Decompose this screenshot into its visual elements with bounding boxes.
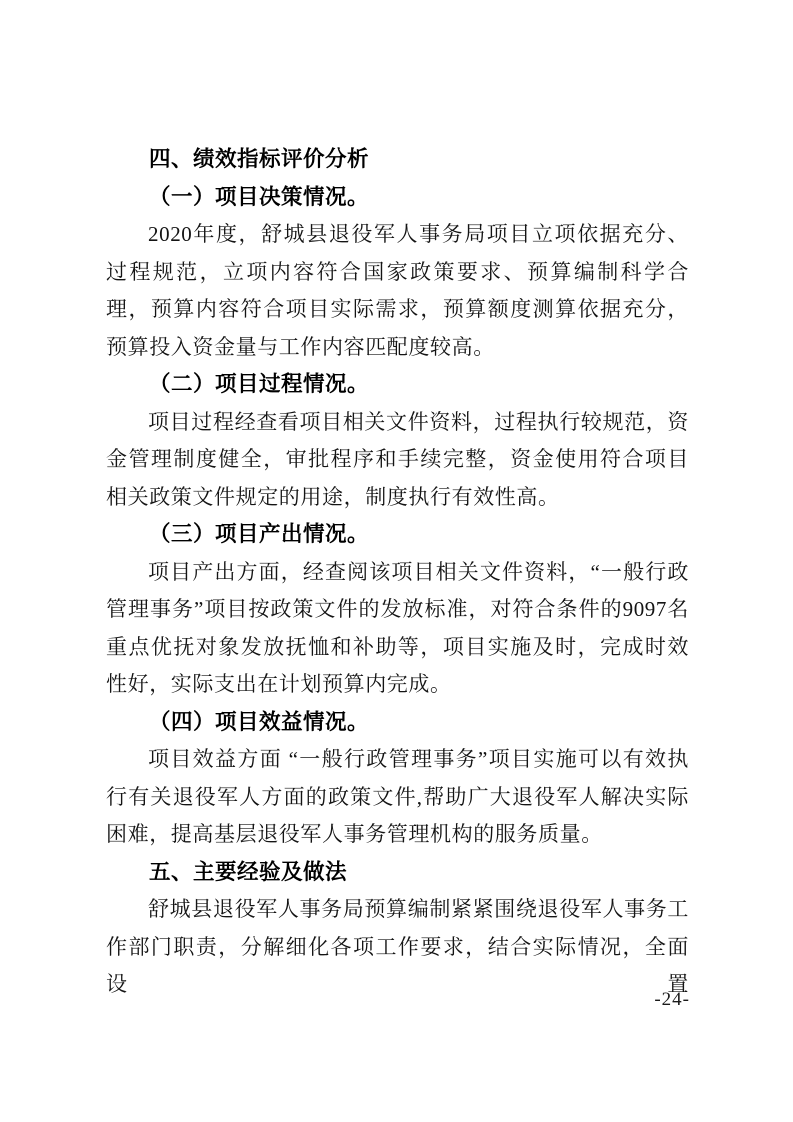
page-number: -24-	[654, 988, 690, 1012]
paragraph-project-benefit: 项目效益方面 “一般行政管理事务”项目实施可以有效执行有关退役军人方面的政策文件…	[106, 741, 689, 854]
subsection-heading-3-project-output: （三）项目产出情况。	[106, 516, 689, 554]
paragraph-project-output: 项目产出方面，经查阅该项目相关文件资料，“一般行政管理事务”项目按政策文件的发放…	[106, 554, 689, 704]
section-heading-v-main-experience: 五、主要经验及做法	[106, 854, 689, 892]
subsection-heading-4-project-benefit: （四）项目效益情况。	[106, 704, 689, 742]
subsection-heading-2-project-process: （二）项目过程情况。	[106, 366, 689, 404]
paragraph-project-decision: 2020年度，舒城县退役军人事务局项目立项依据充分、过程规范，立项内容符合国家政…	[106, 216, 689, 366]
section-heading-iv-performance-indicator-analysis: 四、绩效指标评价分析	[106, 141, 689, 179]
paragraph-project-process: 项目过程经查看项目相关文件资料，过程执行较规范，资金管理制度健全，审批程序和手续…	[106, 404, 689, 517]
document-page: 四、绩效指标评价分析 （一）项目决策情况。 2020年度，舒城县退役军人事务局项…	[0, 0, 793, 1122]
document-body: 四、绩效指标评价分析 （一）项目决策情况。 2020年度，舒城县退役军人事务局项…	[106, 141, 689, 1004]
paragraph-main-experience: 舒城县退役军人事务局预算编制紧紧围绕退役军人事务工作部门职责，分解细化各项工作要…	[106, 891, 689, 1004]
subsection-heading-1-project-decision: （一）项目决策情况。	[106, 179, 689, 217]
